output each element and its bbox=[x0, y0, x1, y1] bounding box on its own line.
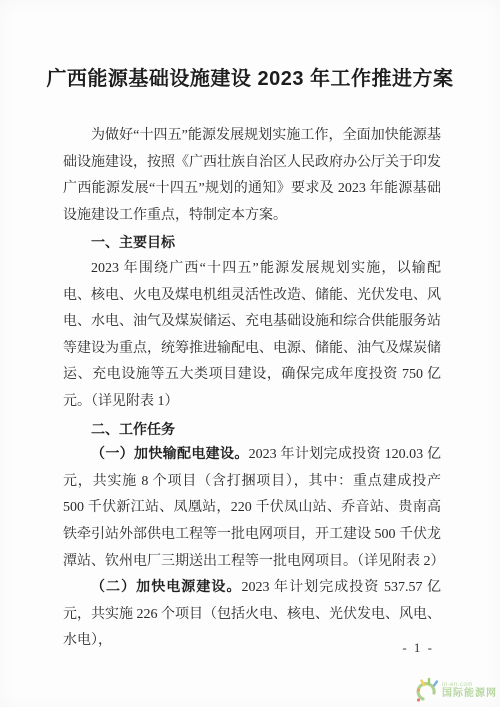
paragraph-lead: （二）加快电源建设。 bbox=[91, 580, 242, 595]
paragraph: 为做好“十四五”能源发展规划实施工作，全面加快能源基础设施建设，按照《广西壮族自… bbox=[63, 123, 441, 229]
section-heading-2: 二、工作任务 bbox=[63, 416, 441, 443]
sun-logo-icon bbox=[416, 677, 440, 703]
document-title: 广西能源基础设施建设 2023 年工作推进方案 bbox=[30, 62, 470, 91]
paragraph: （二）加快电源建设。2023 年计划完成投资 537.57 亿元，共实施 226… bbox=[63, 575, 441, 655]
paragraph: （一）加快输配电建设。2023 年计划完成投资 120.03 亿元，共实施 8 … bbox=[63, 442, 441, 575]
page-number: - 1 - bbox=[402, 640, 434, 656]
document-body: 为做好“十四五”能源发展规划实施工作，全面加快能源基础设施建设，按照《广西壮族自… bbox=[63, 123, 441, 655]
paragraph: 2023 年围绕广西“十四五”能源发展规划实施，以输配电、核电、火电及煤电机组灵… bbox=[63, 256, 441, 416]
watermark-domain: in-en.com bbox=[442, 682, 497, 688]
watermark: in-en.com 国际能源网 bbox=[416, 677, 497, 703]
document-page: 广西能源基础设施建设 2023 年工作推进方案 为做好“十四五”能源发展规划实施… bbox=[0, 0, 500, 707]
section-heading-1: 一、主要目标 bbox=[63, 229, 441, 256]
paragraph-text: 2023 年计划完成投资 120.03 亿元，共实施 8 个项目（含打捆项目），… bbox=[63, 447, 445, 568]
watermark-site-name: 国际能源网 bbox=[442, 689, 497, 699]
paragraph-lead: （一）加快输配电建设。 bbox=[91, 447, 249, 462]
watermark-text: in-en.com 国际能源网 bbox=[442, 682, 497, 699]
